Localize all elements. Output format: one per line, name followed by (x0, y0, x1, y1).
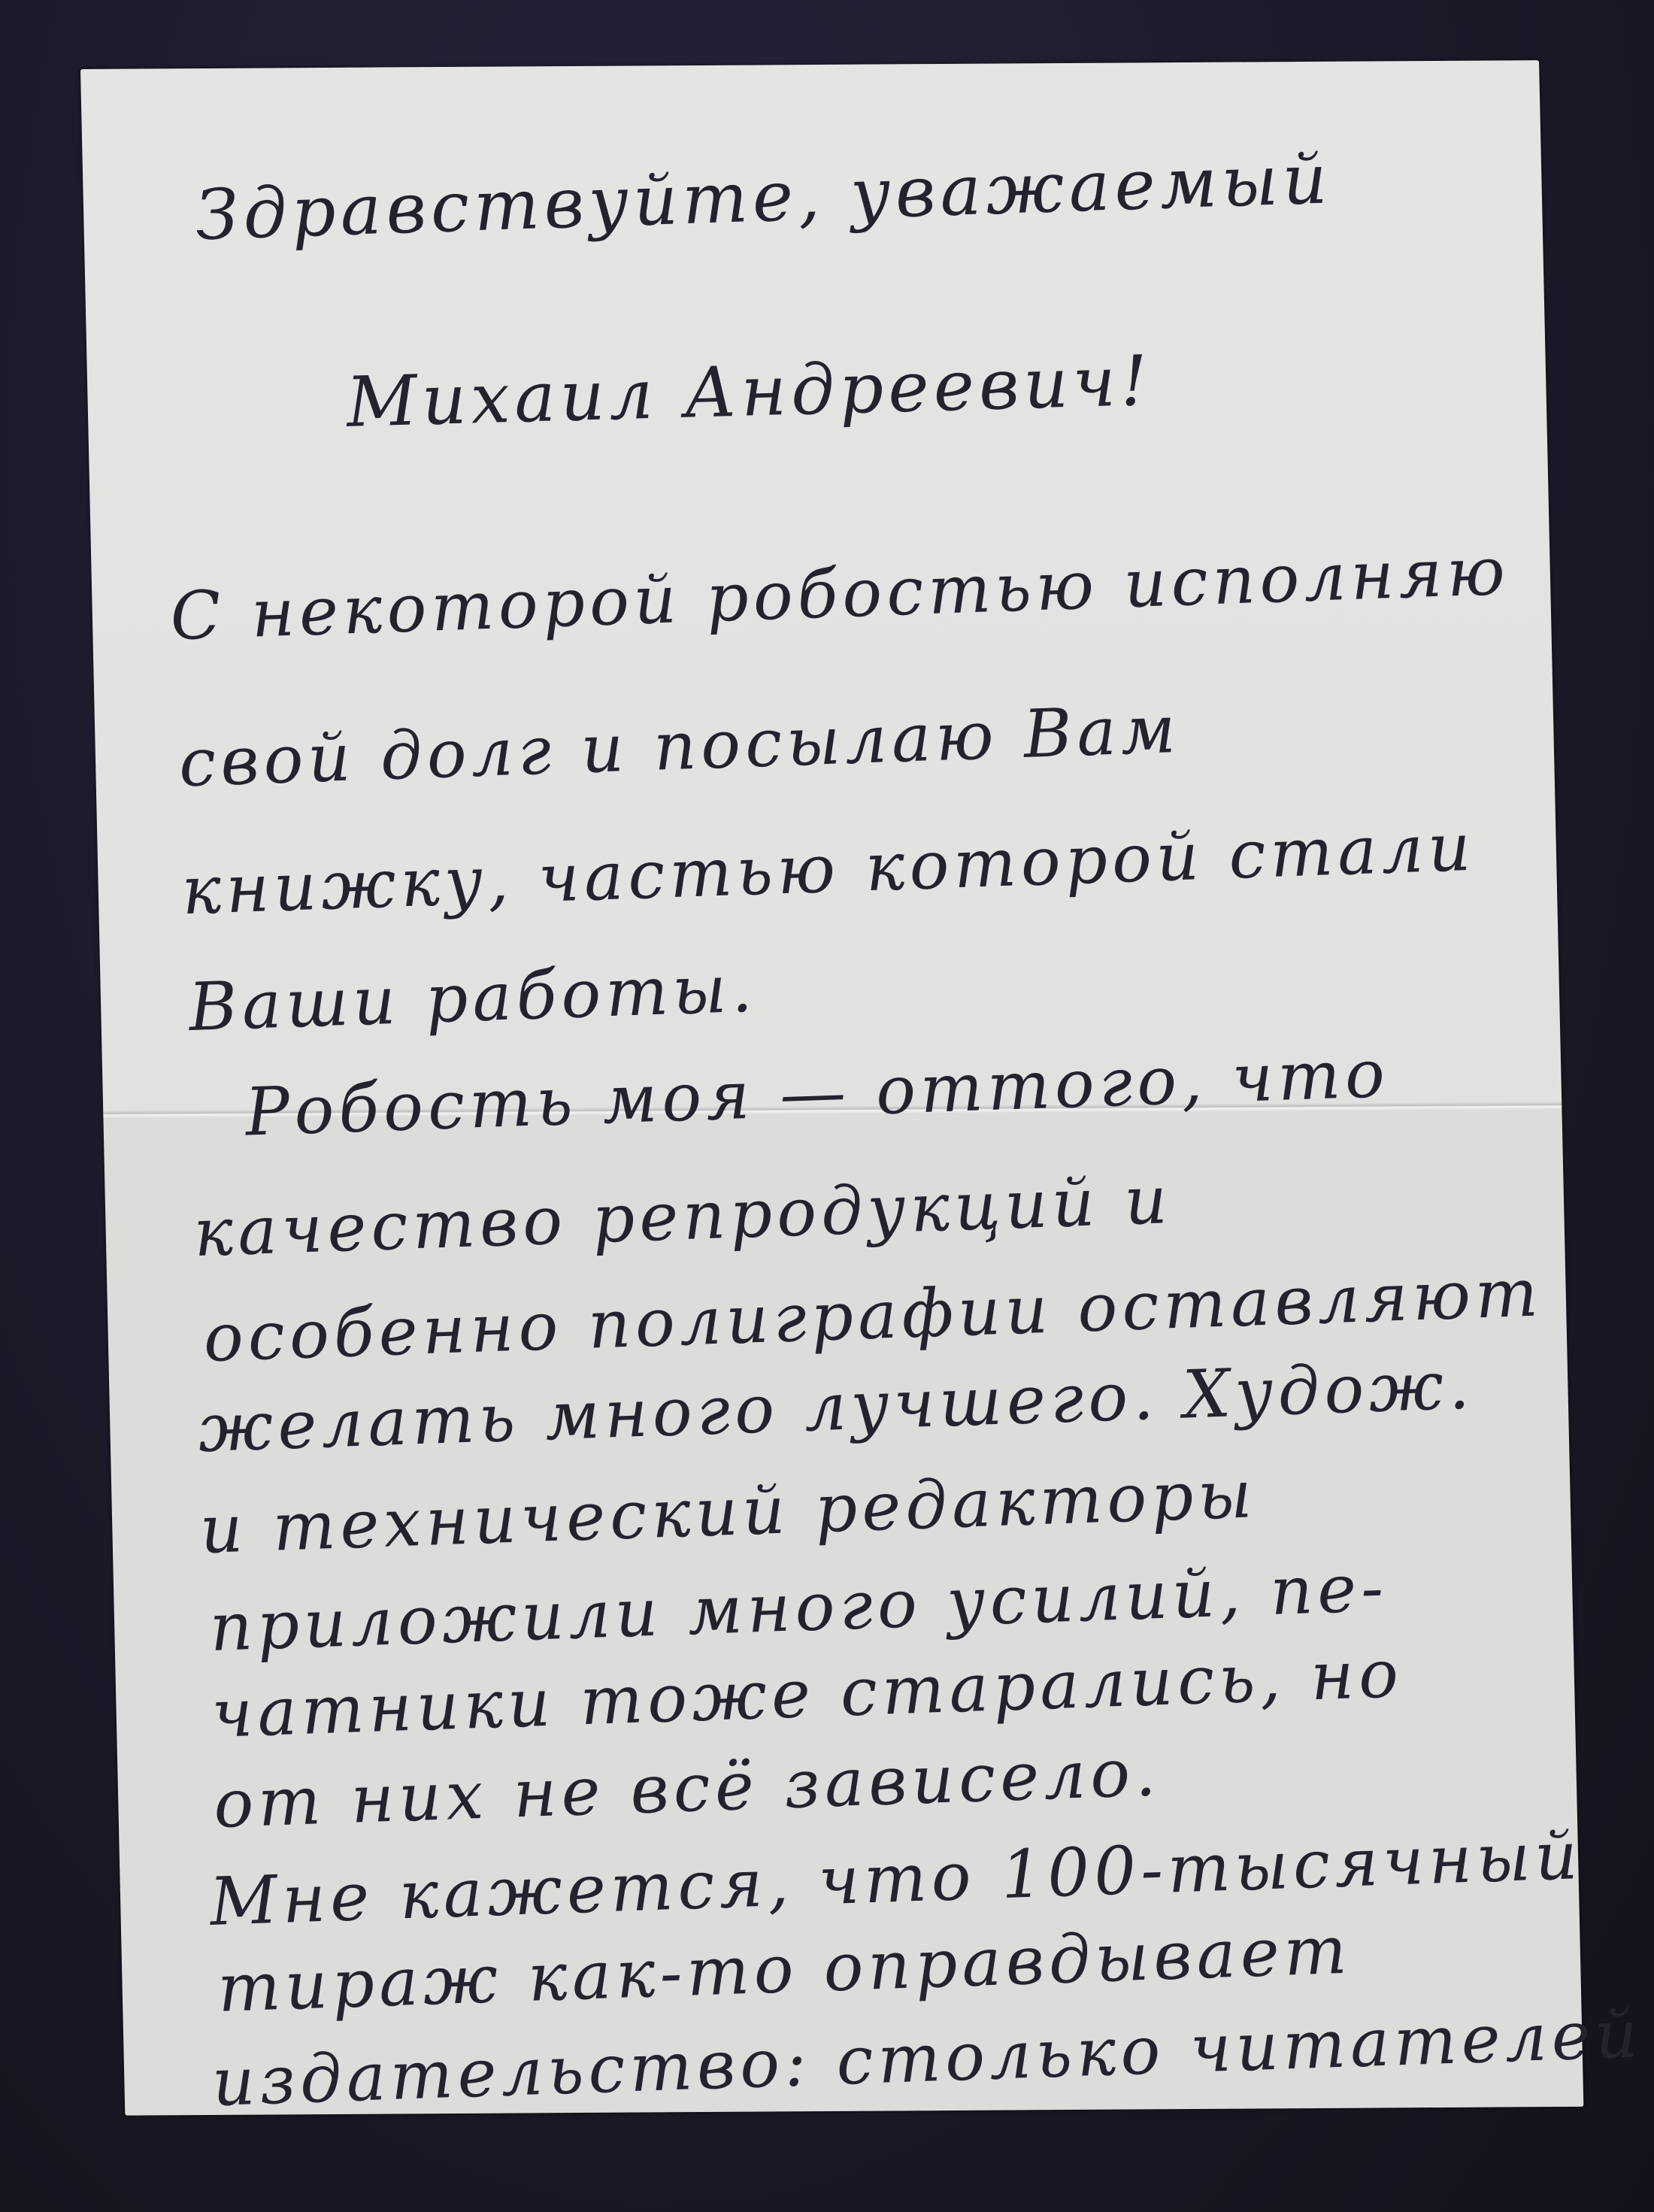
letter-sheet: Здравствуйте, уважаемый Михаил Андреевич… (80, 60, 1583, 2116)
body-line-1: С некоторой робостью исполняю (168, 538, 1510, 650)
body-line-4: Ваши работы. (187, 955, 758, 1041)
greeting-line-2: Михаил Андреевич! (345, 347, 1154, 438)
greeting-line-1: Здравствуйте, уважаемый (194, 144, 1333, 250)
body-line-2: свой долг и посылаю Вам (177, 696, 1182, 796)
body-line-3: книжку, частью которой стали (180, 814, 1477, 925)
